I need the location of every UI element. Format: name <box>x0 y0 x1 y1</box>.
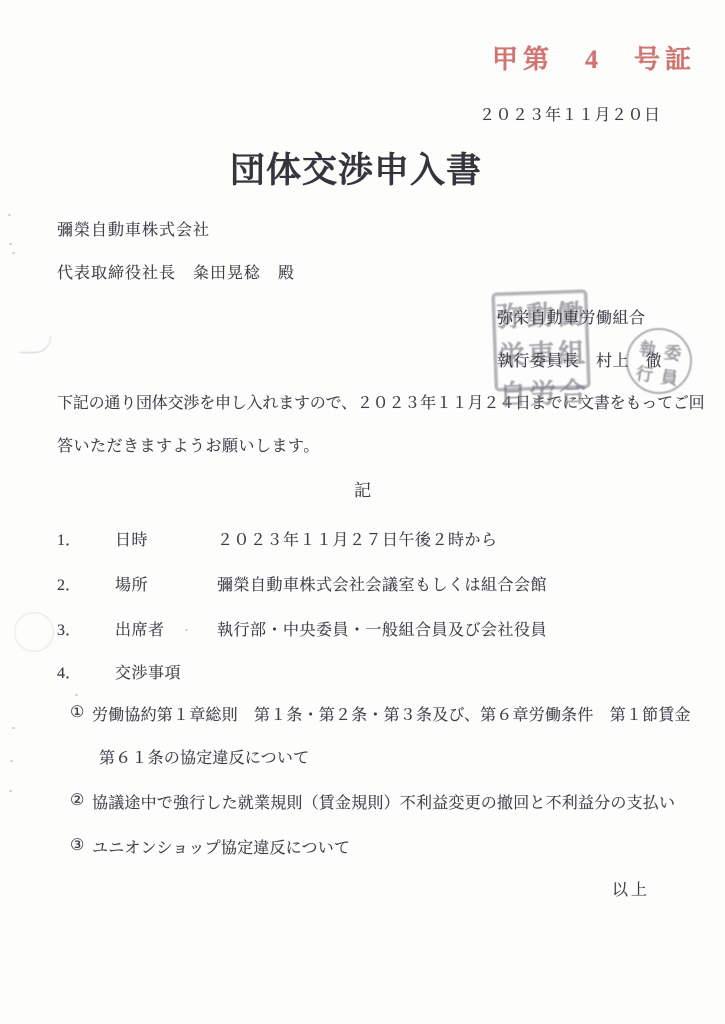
item-number: 2． <box>57 572 81 595</box>
seal-char: 合 <box>557 370 588 410</box>
recipient-company: 彌榮自動車株式会社 <box>57 221 210 240</box>
union-square-seal-stamp: 弥 動 働 栄 車 組 自 労 合 <box>491 289 590 391</box>
exhibit-number-stamp: 甲第 4 号証 <box>492 44 696 75</box>
body-text-line1: 下記の通り団体交渉を申し入れますので、２０２３年１１月２４日までに文書をもってご… <box>57 394 704 413</box>
circled-number-1: ① <box>70 702 84 722</box>
agenda-text: 労働協約第１章総則 第１条・第２条・第３条及び、第６章労働条件 第１節賃金 <box>92 702 691 725</box>
item-number: 1． <box>57 527 81 550</box>
item-value: ２０２３年１１月２７日午後２時から <box>217 527 498 550</box>
item-label: 交渉事項 <box>115 660 181 683</box>
list-item-attendees: 3． 出席者 執行部・中央委員・一般組合員及び会社役員 <box>0 617 725 639</box>
body-text-line2: 答いただきますようお願いします。 <box>57 437 320 456</box>
list-item-topics: 4． 交渉事項 <box>0 660 725 682</box>
record-marker: 記 <box>0 481 725 501</box>
item-value: 彌榮自動車株式会社会議室もしくは組合会館 <box>217 572 547 595</box>
scanned-document-page: 甲第 4 号証 ２０２３年１１月２０日 団体交渉申入書 彌榮自動車株式会社 代表… <box>0 0 725 1024</box>
sender-officer-name: 執行委員長 村上 徹 <box>497 352 662 371</box>
scan-artifact <box>20 336 51 353</box>
agenda-text: 協議途中で強行した就業規則（賃金規則）不利益変更の撤回と不利益分の支払い <box>92 790 675 813</box>
circled-number-2: ② <box>70 790 84 810</box>
scan-artifact <box>12 252 15 254</box>
item-number: 3． <box>57 617 81 640</box>
item-label: 出席者 <box>115 617 165 640</box>
closing-marker: 以上 <box>612 881 650 900</box>
scan-artifact <box>75 694 78 696</box>
item-number: 4． <box>57 660 81 683</box>
document-date: ２０２３年１１月２０日 <box>479 106 661 125</box>
agenda-text: 第６１条の協定違反について <box>99 745 309 768</box>
agenda-item-3: ③ ユニオンショップ協定違反について <box>0 835 725 857</box>
list-item-datetime: 1． 日時 ２０２３年１１月２７日午後２時から <box>0 527 725 549</box>
agenda-text: ユニオンショップ協定違反について <box>92 835 350 858</box>
scan-artifact <box>9 243 12 245</box>
scan-artifact <box>8 214 11 216</box>
agenda-item-2: ② 協議途中で強行した就業規則（賃金規則）不利益変更の撤回と不利益分の支払い <box>0 790 725 812</box>
item-value: 執行部・中央委員・一般組合員及び会社役員 <box>217 617 547 640</box>
item-label: 日時 <box>115 527 148 550</box>
seal-char: 委 <box>659 337 687 365</box>
item-label: 場所 <box>115 572 148 595</box>
scan-artifact <box>12 727 15 729</box>
list-item-place: 2． 場所 彌榮自動車株式会社会議室もしくは組合会館 <box>0 572 725 594</box>
agenda-item-1-continuation: 第６１条の協定違反について <box>0 745 725 767</box>
circled-number-3: ③ <box>70 835 84 855</box>
seal-char: 労 <box>527 371 558 411</box>
seal-char: 自 <box>497 373 528 413</box>
recipient-person: 代表取締役社長 粂田晃稔 殿 <box>57 264 295 283</box>
agenda-item-1: ① 労働協約第１章総則 第１条・第２条・第３条及び、第６章労働条件 第１節賃金 <box>0 702 725 724</box>
sender-union-name: 弥栄自動車労働組合 <box>497 309 646 328</box>
document-title: 団体交渉申入書 <box>0 150 712 192</box>
